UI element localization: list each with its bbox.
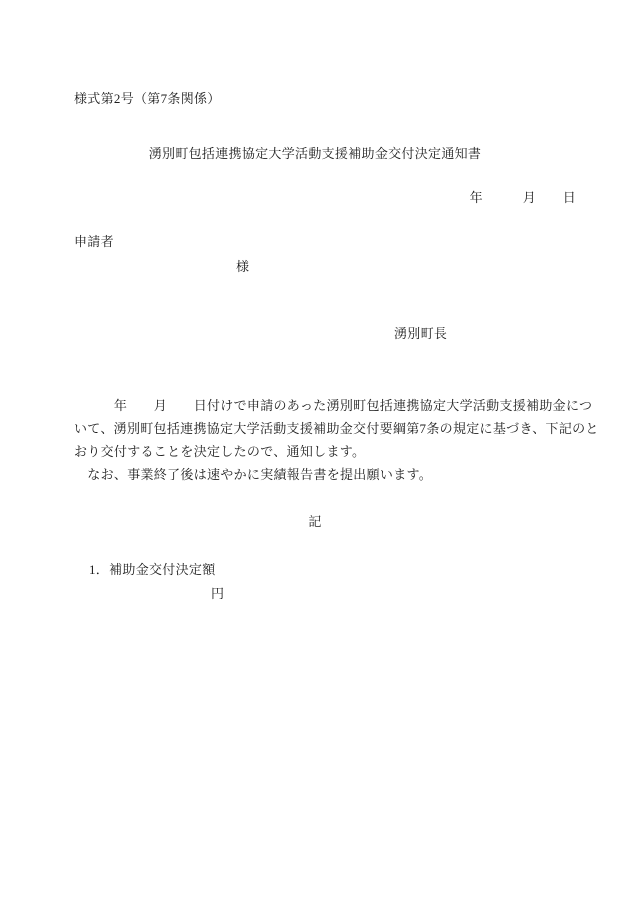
issue-date-blank-line: 年 月 日 [470,189,576,207]
issuer-name: 湧別町長 [394,325,447,343]
body-paragraph-line-4: なお、事業終了後は速やかに実績報告書を提出願います。 [74,466,432,484]
body-paragraph-line-2: いて、湧別町包括連携協定大学活動支援補助金交付要綱第7条の規定に基づき、下記のと [74,420,599,438]
applicant-label: 申請者 [74,233,114,251]
record-heading: 記 [0,513,630,531]
body-paragraph-line-1: 年 月 日付けで申請のあった湧別町包括連携協定大学活動支援補助金につ [74,397,592,415]
item1-grant-amount-label: 1．補助金交付決定額 [89,561,216,579]
item1-yen-unit: 円 [211,585,224,603]
document-page: 様式第2号（第7条関係） 湧別町包括連携協定大学活動支援補助金交付決定通知書 年… [0,0,630,903]
body-paragraph-line-3: おり交付することを決定したので、通知します。 [74,443,365,461]
form-number: 様式第2号（第7条関係） [74,90,221,108]
applicant-honorific: 様 [236,258,249,276]
document-title: 湧別町包括連携協定大学活動支援補助金交付決定通知書 [0,145,630,163]
